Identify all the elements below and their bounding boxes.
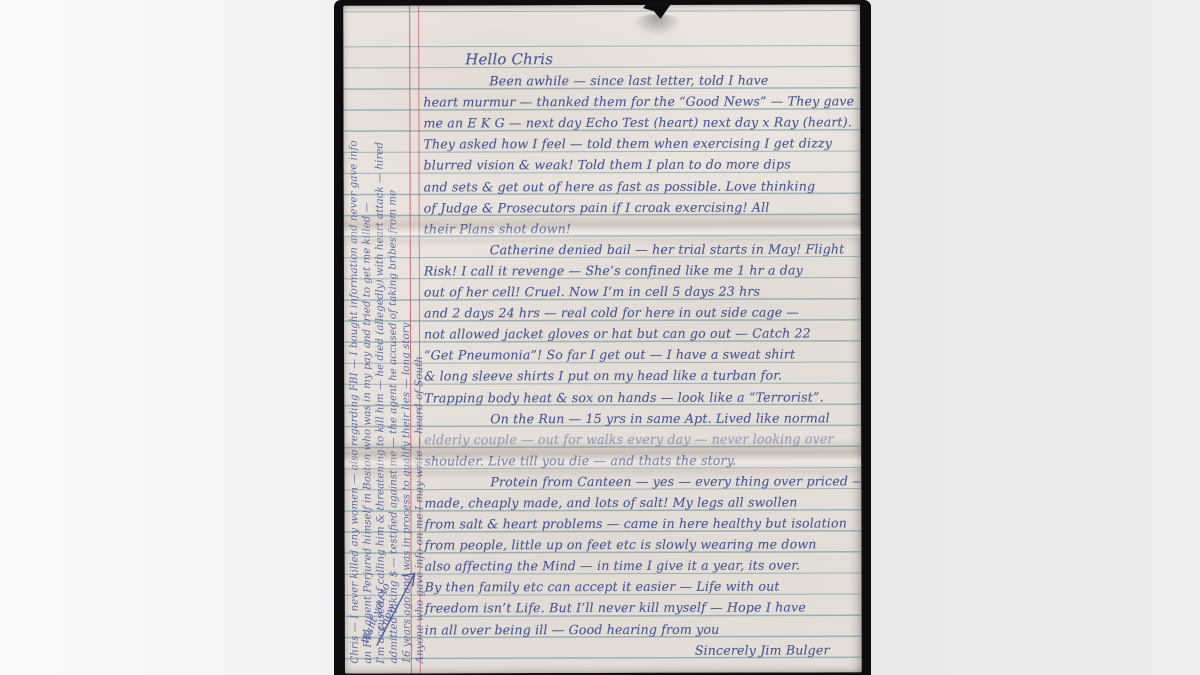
letter-line: Catherine denied bail — her trial starts… <box>424 238 860 260</box>
letter-line: their Plans shot down! <box>424 217 860 239</box>
letter-line: “Get Pneumonia”! So far I get out — I ha… <box>424 344 860 366</box>
letter-photo: Chris — I never killed any women — also … <box>334 0 871 675</box>
letter-line: Trapping body heat & sox on hands — look… <box>424 386 860 408</box>
letter-line: and sets & get out of here as fast as po… <box>424 175 860 197</box>
paper-smudge <box>633 14 681 36</box>
letter-line: made, cheaply made, and lots of salt! My… <box>424 491 860 513</box>
letter-line: me an E K G — next day Echo Test (heart)… <box>423 112 859 134</box>
letter-line: They asked how I feel — told them when e… <box>423 133 859 155</box>
letter-line: Been awhile — since last letter, told I … <box>423 69 859 91</box>
letter-line: By then family etc can accept it easier … <box>425 576 861 598</box>
letter-line: elderly couple — out for walks every day… <box>424 428 860 450</box>
letter-line: Hello Chris <box>423 48 859 70</box>
letter-line: Sincerely Jim Bulger <box>425 639 861 661</box>
letter-line: out of her cell! Cruel. Now I’m in cell … <box>424 280 860 302</box>
letter-line: shoulder. Live till you die — and thats … <box>424 449 860 471</box>
letter-line: & long sleeve shirts I put on my head li… <box>424 365 860 387</box>
letter-line: and 2 days 24 hrs — real cold for here i… <box>424 301 860 323</box>
letter-line: also affecting the Mind — in time I give… <box>425 555 861 577</box>
letter-line: freedom isn’t Life. But I’ll never kill … <box>425 597 861 619</box>
letter-line: blurred vision & weak! Told them I plan … <box>424 154 860 176</box>
letter-body: Hello ChrisBeen awhile — since last lett… <box>423 48 861 661</box>
letter-paper: Chris — I never killed any women — also … <box>343 4 862 673</box>
letter-line: from people, little up on feet etc is sl… <box>425 533 861 555</box>
letter-line: On the Run — 15 yrs in same Apt. Lived l… <box>424 407 860 429</box>
letter-line: Protein from Canteen — yes — every thing… <box>424 470 860 492</box>
letter-line: from salt & heart problems — came in her… <box>424 512 860 534</box>
letter-line: in all over being ill — Good hearing fro… <box>425 618 861 640</box>
corner-arrow-icon <box>371 565 423 651</box>
letter-line: of Judge & Prosecutors pain if I croak e… <box>424 196 860 218</box>
letter-line: Risk! I call it revenge — She’s confined… <box>424 259 860 281</box>
letter-line: not allowed jacket gloves or hat but can… <box>424 323 860 345</box>
letter-line: heart murmur — thanked them for the “Goo… <box>423 91 859 113</box>
